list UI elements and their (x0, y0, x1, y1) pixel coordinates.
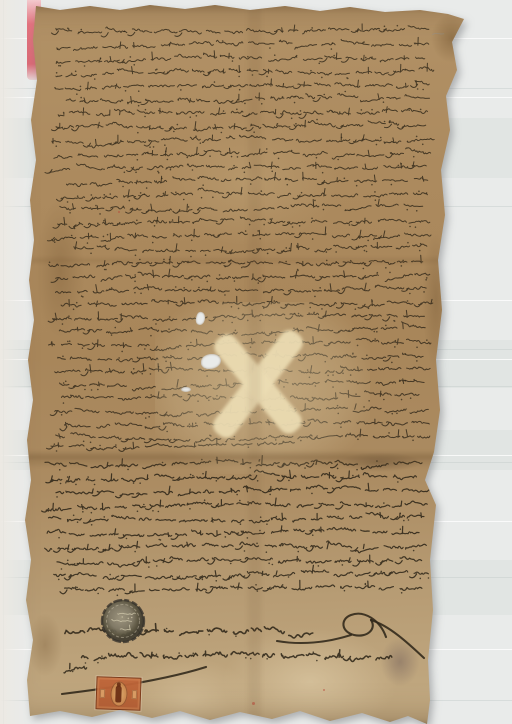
body-upper-line (58, 107, 427, 121)
signature-text-line-1 (65, 624, 313, 638)
manuscript-page (0, 0, 512, 724)
body-lower-line (47, 526, 419, 541)
pencil-annotation (433, 33, 444, 34)
stamp-center-oval (110, 681, 128, 707)
vertical-fold-line (248, 0, 261, 724)
body-upper-line (57, 37, 429, 50)
crease-band (0, 450, 512, 468)
body-upper-line (60, 199, 423, 214)
date-mark (64, 664, 87, 673)
body-lower-line (56, 483, 429, 497)
body-lower-line (60, 580, 422, 596)
red-ink-speck (252, 702, 255, 705)
body-lower-line (54, 565, 429, 581)
body-upper-line (54, 147, 431, 160)
body-upper-line (52, 134, 434, 148)
stamp-value-tablet (100, 688, 105, 697)
body-upper-line (52, 120, 426, 133)
red-ink-speck (118, 211, 120, 213)
body-upper-line (53, 217, 430, 230)
body-upper-line (56, 51, 425, 67)
body-middle-line (56, 283, 427, 297)
manuscript-shadow (0, 0, 512, 724)
body-middle-line (51, 269, 430, 284)
body-lower-line (42, 498, 428, 513)
body-lower-line (49, 512, 424, 525)
body-upper-line (47, 227, 431, 244)
stamp-figure (115, 685, 122, 702)
red-ink-speck (323, 689, 325, 691)
signature-text-line-2 (82, 650, 392, 664)
body-lower-line (57, 555, 422, 570)
stamp-value-tablet (132, 689, 137, 698)
body-upper-line (55, 79, 430, 95)
paper-hole (181, 387, 191, 392)
body-upper-line (56, 63, 434, 80)
body-lower-line (45, 541, 427, 553)
body-upper-line (45, 162, 426, 174)
revenue-stamp (95, 676, 141, 711)
body-upper-line (57, 187, 428, 202)
body-upper-line (52, 24, 429, 37)
scan-background (0, 0, 512, 724)
